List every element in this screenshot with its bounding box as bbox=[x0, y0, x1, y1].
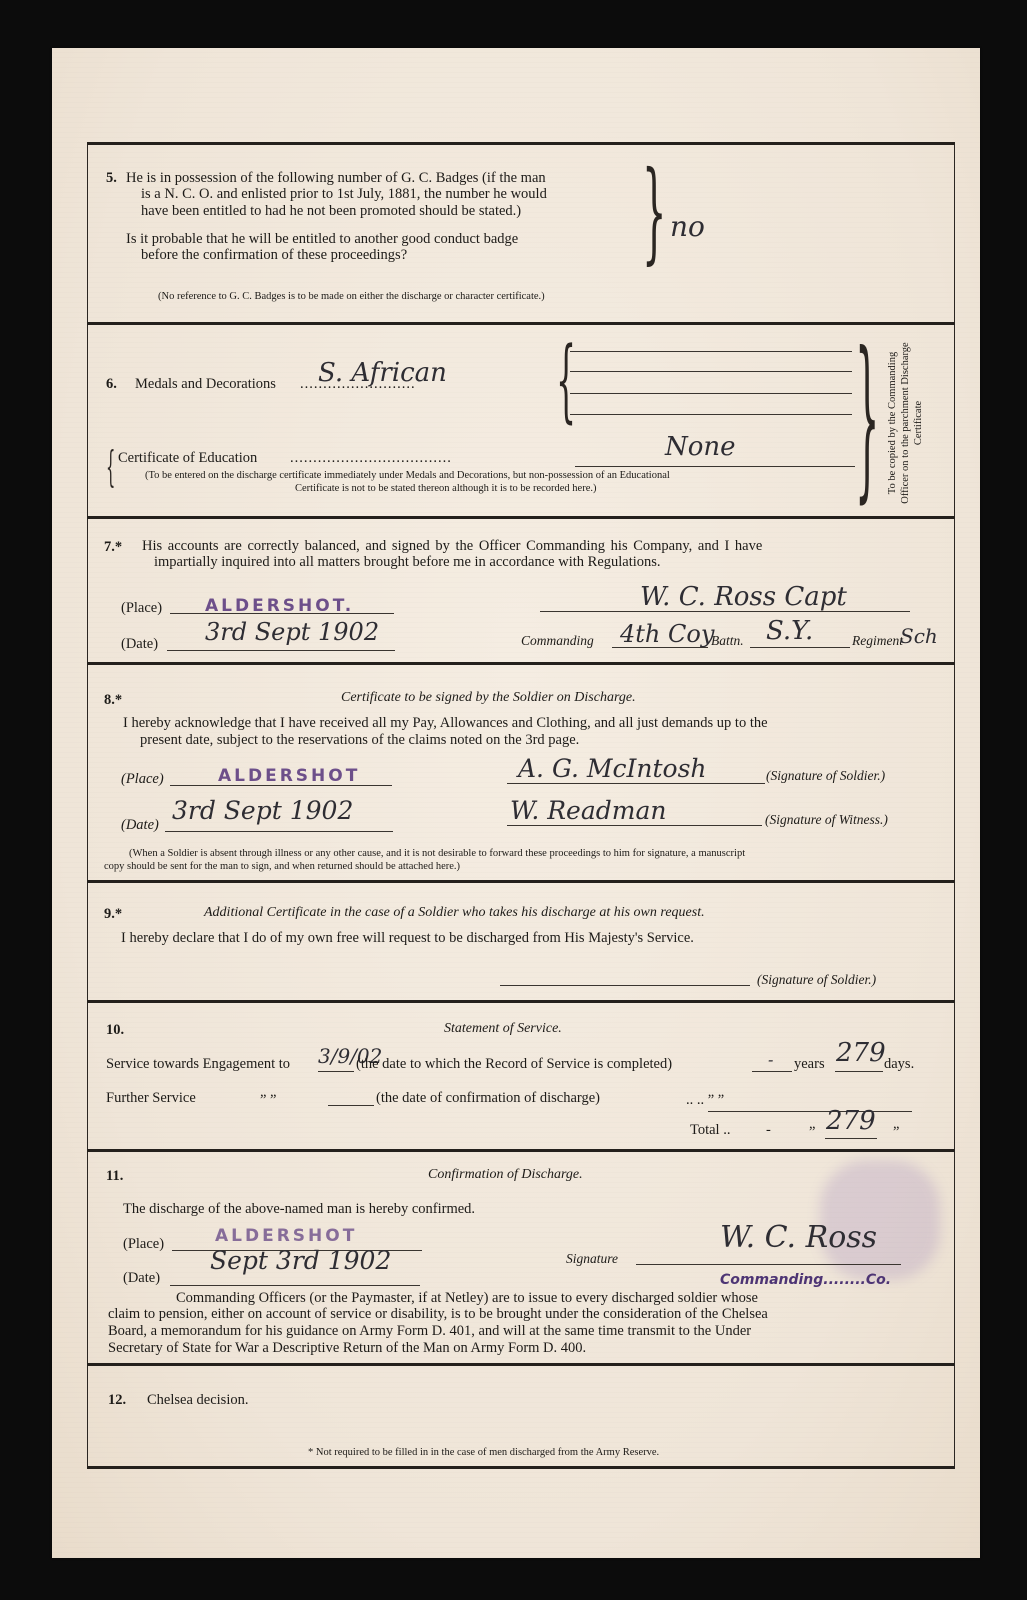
date-line[interactable] bbox=[328, 1105, 374, 1106]
section-divider bbox=[87, 516, 955, 519]
section-text: His accounts are correctly balanced, and… bbox=[142, 538, 762, 555]
date-value[interactable]: Sept 3rd 1902 bbox=[210, 1246, 391, 1275]
section-heading: Confirmation of Discharge. bbox=[428, 1166, 583, 1183]
medals-line[interactable] bbox=[570, 351, 852, 352]
section-divider bbox=[87, 1363, 955, 1366]
soldier-signature-label: (Signature of Soldier.) bbox=[766, 767, 885, 784]
brace-icon: { bbox=[106, 446, 115, 488]
section-number: 8.* bbox=[104, 692, 122, 709]
section-heading: Statement of Service. bbox=[444, 1020, 562, 1037]
regiment-value[interactable]: Sch bbox=[900, 624, 938, 648]
section-note: Certificate is not to be stated thereon … bbox=[295, 482, 596, 495]
signature-label: Signature bbox=[566, 1250, 618, 1267]
row-desc: (the date to which the Record of Service… bbox=[356, 1056, 672, 1073]
section-divider bbox=[87, 322, 955, 325]
witness-signature[interactable]: W. Readman bbox=[510, 796, 666, 825]
section-text: Secretary of State for War a Descriptive… bbox=[108, 1340, 586, 1357]
commanding-label: Commanding bbox=[521, 632, 594, 649]
section-text: have been entitled to had he not been pr… bbox=[141, 203, 521, 220]
medals-label: Medals and Decorations bbox=[135, 376, 276, 393]
row-tail: .. .. ” ” bbox=[686, 1092, 724, 1109]
date-line bbox=[318, 1071, 354, 1072]
battn-line bbox=[750, 647, 850, 648]
signature-label: (Signature of Soldier.) bbox=[757, 971, 876, 988]
date-label: (Date) bbox=[123, 1270, 160, 1287]
education-line bbox=[575, 466, 855, 467]
officer-signature[interactable]: W. C. Ross bbox=[720, 1220, 877, 1255]
section-note: (No reference to G. C. Badges is to be m… bbox=[158, 290, 545, 303]
side-note: To be copied by the Commanding Officer o… bbox=[886, 338, 931, 508]
date-label: (Date) bbox=[121, 817, 159, 834]
footer-note: * Not required to be filled in in the ca… bbox=[308, 1446, 659, 1459]
badges-answer[interactable]: no bbox=[670, 210, 705, 243]
section-note: copy should be sent for the man to sign,… bbox=[104, 860, 460, 873]
section-text: before the confirmation of these proceed… bbox=[141, 247, 407, 264]
section-note: (To be entered on the discharge certific… bbox=[145, 469, 670, 482]
section-divider bbox=[87, 142, 955, 145]
section-divider bbox=[87, 1149, 955, 1152]
signature-line[interactable] bbox=[500, 985, 750, 986]
battn-label: Battn. bbox=[711, 632, 744, 649]
total-end: ” bbox=[893, 1124, 899, 1141]
section-text: The discharge of the above-named man is … bbox=[123, 1201, 475, 1218]
total-days[interactable]: 279 bbox=[826, 1106, 876, 1136]
section-divider bbox=[87, 662, 955, 665]
section-number: 5. bbox=[106, 170, 117, 187]
section-divider bbox=[87, 880, 955, 883]
chelsea-decision-label: Chelsea decision. bbox=[147, 1392, 248, 1409]
brace-icon: { bbox=[556, 336, 576, 426]
commanding-value[interactable]: 4th Coy bbox=[620, 620, 714, 648]
date-value[interactable]: 3rd Sept 1902 bbox=[172, 796, 353, 825]
place-stamp[interactable]: ALDERSHOT bbox=[218, 766, 360, 786]
total-days-line bbox=[825, 1138, 877, 1139]
sum-line bbox=[708, 1111, 912, 1112]
section-text: Board, a memorandum for his guidance on … bbox=[108, 1323, 751, 1340]
section-text: He is in possession of the following num… bbox=[126, 170, 546, 187]
section-text: is a N. C. O. and enlisted prior to 1st … bbox=[141, 186, 547, 203]
section-divider bbox=[87, 1466, 955, 1469]
days-value[interactable]: 279 bbox=[836, 1038, 886, 1068]
ditto-marks: ” ” bbox=[260, 1092, 277, 1109]
section-text: Is it probable that he will be entitled … bbox=[126, 231, 518, 248]
soldier-signature-line bbox=[507, 783, 765, 784]
section-number: 9.* bbox=[104, 906, 122, 923]
signature-line bbox=[636, 1264, 901, 1265]
battn-value[interactable]: S.Y. bbox=[766, 616, 813, 646]
medals-line[interactable] bbox=[570, 414, 852, 415]
witness-signature-label: (Signature of Witness.) bbox=[765, 811, 888, 828]
section-text: claim to pension, either on account of s… bbox=[108, 1306, 768, 1323]
section-number: 12. bbox=[108, 1392, 126, 1409]
total-years[interactable]: - bbox=[766, 1122, 771, 1139]
place-label: (Place) bbox=[123, 1236, 164, 1253]
section-heading: Certificate to be signed by the Soldier … bbox=[341, 689, 636, 706]
section-number: 10. bbox=[106, 1022, 124, 1039]
section-number: 6. bbox=[106, 376, 117, 393]
place-label: (Place) bbox=[121, 600, 162, 617]
row-label: Further Service bbox=[106, 1090, 196, 1107]
section-text: present date, subject to the reservation… bbox=[140, 732, 579, 749]
medals-line[interactable] bbox=[570, 393, 852, 394]
date-line bbox=[167, 650, 395, 651]
education-value[interactable]: None bbox=[665, 432, 736, 462]
regiment-label: Regiment bbox=[852, 632, 903, 649]
place-stamp[interactable]: ALDERSHOT. bbox=[205, 596, 354, 616]
date-line bbox=[170, 1285, 420, 1286]
section-heading: Additional Certificate in the case of a … bbox=[204, 904, 705, 921]
date-value[interactable]: 3rd Sept 1902 bbox=[205, 618, 379, 646]
place-label: (Place) bbox=[121, 771, 164, 788]
dotted-leader: ................................... bbox=[290, 450, 452, 467]
date-label: (Date) bbox=[121, 636, 158, 653]
medals-value[interactable]: S. African bbox=[318, 358, 447, 388]
section-text: Commanding Officers (or the Paymaster, i… bbox=[176, 1290, 758, 1307]
section-divider bbox=[87, 1000, 955, 1003]
section-text: I hereby declare that I do of my own fre… bbox=[121, 930, 694, 947]
officer-signature[interactable]: W. C. Ross Capt bbox=[640, 582, 847, 612]
section-number: 7.* bbox=[104, 539, 122, 556]
education-label: Certificate of Education bbox=[118, 450, 257, 467]
brace-icon: } bbox=[642, 156, 667, 266]
soldier-signature[interactable]: A. G. McIntosh bbox=[518, 754, 707, 783]
medals-line[interactable] bbox=[570, 371, 852, 372]
total-label: Total .. bbox=[690, 1122, 730, 1139]
row-label: Service towards Engagement to bbox=[106, 1056, 290, 1073]
years-line bbox=[752, 1071, 792, 1072]
section-number: 11. bbox=[106, 1168, 123, 1185]
date-line bbox=[165, 831, 393, 832]
years-value[interactable]: - bbox=[768, 1050, 773, 1069]
days-label: days. bbox=[884, 1056, 914, 1073]
witness-signature-line bbox=[507, 825, 762, 826]
section-text: impartially inquired into all matters br… bbox=[154, 554, 661, 571]
section-note: (When a Soldier is absent through illnes… bbox=[129, 847, 745, 860]
section-text: I hereby acknowledge that I have receive… bbox=[123, 715, 768, 732]
brace-icon: } bbox=[855, 330, 879, 505]
total-sep: ” bbox=[809, 1124, 815, 1141]
days-line bbox=[835, 1071, 883, 1072]
row-desc: (the date of confirmation of discharge) bbox=[376, 1090, 600, 1107]
years-label: years bbox=[794, 1056, 825, 1073]
place-stamp[interactable]: ALDERSHOT bbox=[215, 1226, 357, 1246]
commanding-stamp: Commanding........Co. bbox=[720, 1272, 891, 1289]
